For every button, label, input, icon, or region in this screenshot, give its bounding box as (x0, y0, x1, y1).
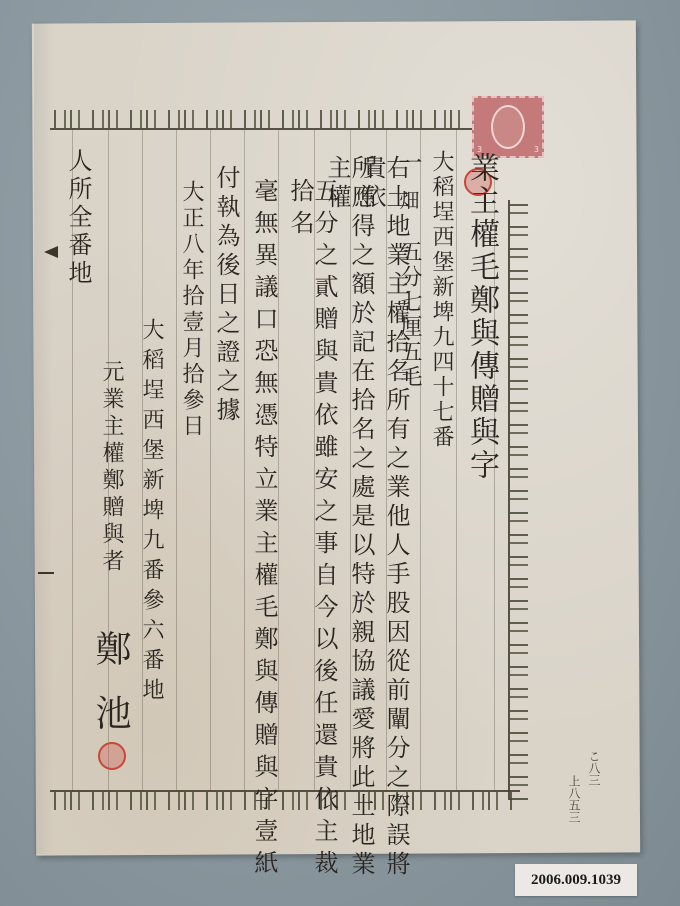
recipient-line: 人所全番地 (66, 148, 90, 288)
pencil-note-1: こ八三 (586, 750, 603, 786)
body-column-4: 毫無異議口恐無憑特立業主權毛鄭與傳贈與字壹紙 (252, 178, 276, 882)
column-rule (176, 130, 177, 790)
column-rule (420, 130, 421, 790)
document-title: 業主權毛鄭與傳贈與字 (466, 152, 496, 482)
stamp-denomination: 3 (534, 145, 539, 154)
column-rule (456, 130, 457, 790)
grantor-address: 大稻埕西堡新埤九番參六番地 (140, 318, 162, 708)
location-line: 大稻埕西堡新埤九四十七番 (430, 150, 452, 450)
grantor-role: 元業主權鄭贈與者 (100, 360, 122, 576)
pencil-note-2: 上八五三 (566, 775, 583, 823)
ornamental-border-right (508, 200, 528, 800)
column-rule (210, 130, 211, 790)
column-rule (244, 130, 245, 790)
body-column-3: 五分之貳贈與貴依雖安之事自今以後任還貴依主裁拾名 (288, 178, 336, 906)
paper-fold-shadow (34, 22, 54, 854)
ornamental-border-top (50, 110, 520, 130)
revenue-stamp: 3 3 (472, 96, 544, 158)
body-column-5: 付執為後日之證之據 (214, 165, 238, 426)
ornamental-border-bottom (50, 790, 520, 810)
catalog-number-label: 2006.009.1039 (515, 864, 637, 896)
document-date: 大正八年拾壹月拾參日 (180, 180, 202, 440)
stamp-emblem-icon (491, 105, 525, 149)
margin-tick (38, 572, 54, 574)
signature-seal-icon (98, 742, 126, 770)
column-rule (278, 130, 279, 790)
grantor-name: 鄭池 (92, 630, 128, 758)
